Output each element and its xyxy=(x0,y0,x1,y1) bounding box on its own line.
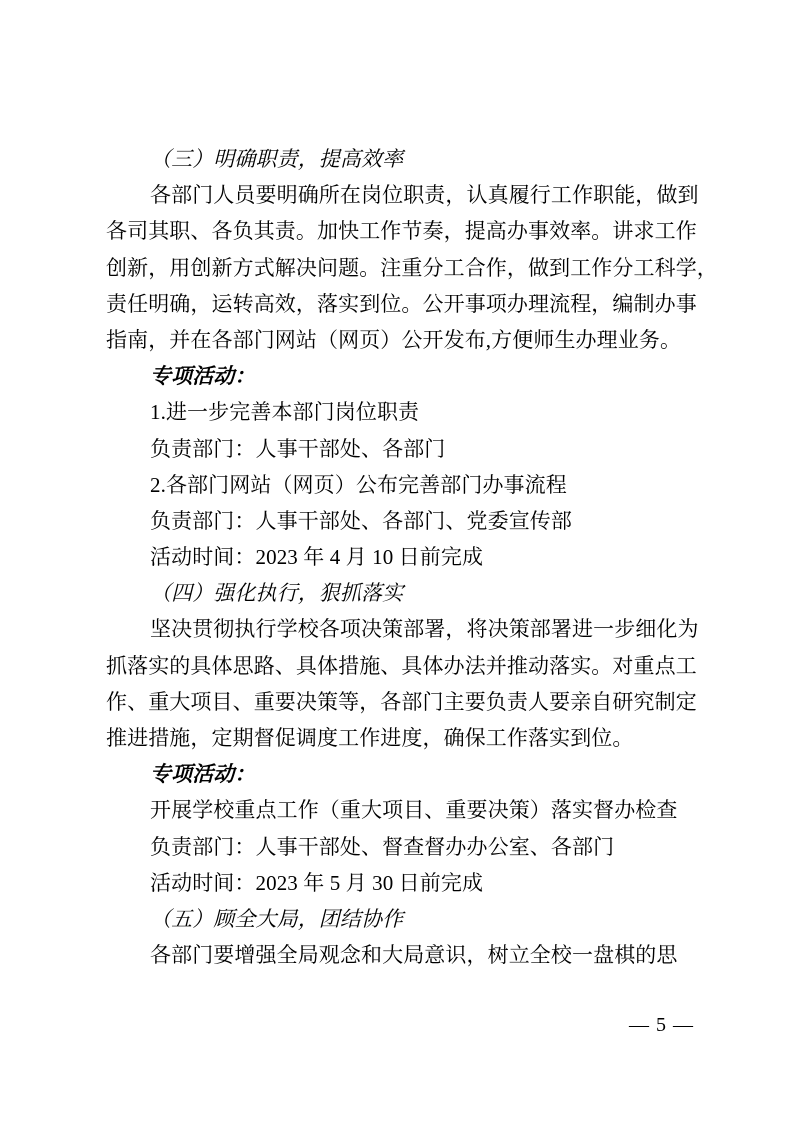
section-3-heading: （三）明确职责，提高效率 xyxy=(106,141,702,177)
section-3-body-line: 责任明确，运转高效，落实到位。公开事项办理流程，编制办事 xyxy=(106,286,702,322)
document-page: （三）明确职责，提高效率 各部门人员要明确所在岗位职责，认真履行工作职能，做到 … xyxy=(0,0,794,1123)
section-3-body-line: 各部门人员要明确所在岗位职责，认真履行工作职能，做到 xyxy=(106,177,702,213)
section-4-body-line: 推进措施，定期督促调度工作进度，确保工作落实到位。 xyxy=(106,720,702,756)
section-4-activity-line: 开展学校重点工作（重大项目、重要决策）落实督办检查 xyxy=(106,792,702,828)
section-3-activity-line: 2.各部门网站（网页）公布完善部门办事流程 xyxy=(106,467,702,503)
section-4-heading: （四）强化执行，狠抓落实 xyxy=(106,575,702,611)
section-3-activity-line: 1.进一步完善本部门岗位职责 xyxy=(106,394,702,430)
section-5-heading: （五）顾全大局，团结协作 xyxy=(106,901,702,937)
section-4-body-line: 作、重大项目、重要决策等，各部门主要负责人要亲自研究制定 xyxy=(106,684,702,720)
document-body: （三）明确职责，提高效率 各部门人员要明确所在岗位职责，认真履行工作职能，做到 … xyxy=(106,141,702,973)
section-4-activities-label: 专项活动： xyxy=(106,756,702,792)
section-3-body-line: 各司其职、各负其责。加快工作节奏，提高办事效率。讲求工作 xyxy=(106,213,702,249)
section-3-activities-label: 专项活动： xyxy=(106,358,702,394)
section-4-activity-line: 负责部门：人事干部处、督查督办办公室、各部门 xyxy=(106,829,702,865)
page-number: — 5 — xyxy=(629,1012,694,1038)
section-4-activity-line: 活动时间：2023 年 5 月 30 日前完成 xyxy=(106,865,702,901)
section-3-body-line: 创新，用创新方式解决问题。注重分工合作，做到工作分工科学， xyxy=(106,250,702,286)
section-4-body-line: 抓落实的具体思路、具体措施、具体办法并推动落实。对重点工 xyxy=(106,648,702,684)
section-3-activity-line: 活动时间：2023 年 4 月 10 日前完成 xyxy=(106,539,702,575)
section-3-activity-line: 负责部门：人事干部处、各部门 xyxy=(106,431,702,467)
section-4-body-line: 坚决贯彻执行学校各项决策部署，将决策部署进一步细化为 xyxy=(106,611,702,647)
section-3-activity-line: 负责部门：人事干部处、各部门、党委宣传部 xyxy=(106,503,702,539)
section-3-body-line: 指南，并在各部门网站（网页）公开发布,方便师生办理业务。 xyxy=(106,322,702,358)
section-5-body-line: 各部门要增强全局观念和大局意识，树立全校一盘棋的思 xyxy=(106,937,702,973)
